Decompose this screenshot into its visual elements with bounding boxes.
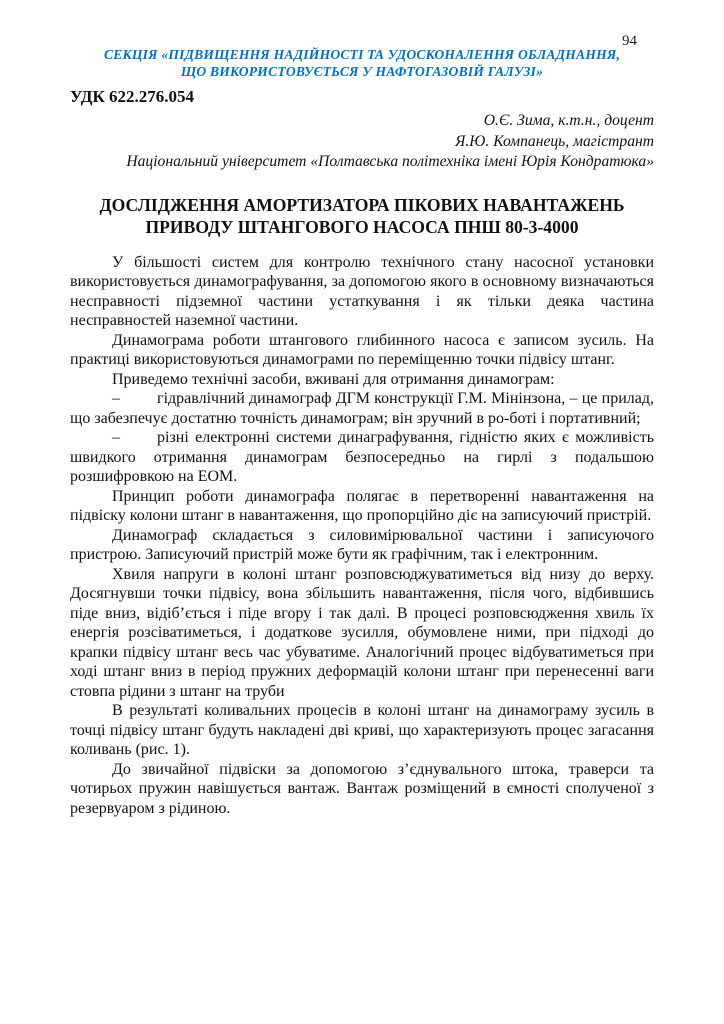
list-marker: – [112,429,120,446]
paragraph: Приведемо технічні засоби, вживані для о… [70,370,654,390]
authors-block: О.Є. Зима, к.т.н., доцент Я.Ю. Компанець… [70,111,654,173]
section-header-line2: ЩО ВИКОРИСТОВУЄТЬСЯ У НАФТОГАЗОВІЙ ГАЛУЗ… [70,63,654,80]
paragraph: У більшості систем для контролю технічно… [70,253,654,331]
author-line: О.Є. Зима, к.т.н., доцент [70,111,654,132]
paper-title: ДОСЛІДЖЕННЯ АМОРТИЗАТОРА ПІКОВИХ НАВАНТА… [70,194,654,238]
list-marker: – [112,390,120,407]
author-line: Я.Ю. Компанець, магістрант [70,132,654,153]
paragraph: Динамограф складається з силовимірювальн… [70,526,654,565]
paper-title-line1: ДОСЛІДЖЕННЯ АМОРТИЗАТОРА ПІКОВИХ НАВАНТА… [70,194,654,216]
section-header-line1: СЕКЦІЯ «ПІДВИЩЕННЯ НАДІЙНОСТІ ТА УДОСКОН… [70,46,654,63]
list-item-text: гідравлічний динамограф ДГМ конструкції … [70,390,654,427]
paragraph: Динамограма роботи штангового глибинного… [70,331,654,370]
document-page: 94 СЕКЦІЯ «ПІДВИЩЕННЯ НАДІЙНОСТІ ТА УДОС… [0,0,724,1024]
list-item: –різні електронні системи динаграфування… [70,428,654,487]
affiliation-line: Національний університет «Полтавська пол… [70,152,654,173]
paragraph: До звичайної підвіски за допомогою з’єдн… [70,760,654,819]
paragraph: В результаті коливальних процесів в коло… [70,701,654,760]
paragraph: Хвиля напруги в колоні штанг розповсюджу… [70,565,654,702]
udc-code: УДК 622.276.054 [70,87,654,106]
paragraph: Принцип роботи динамографа полягає в пер… [70,487,654,526]
list-item: –гідравлічний динамограф ДГМ конструкції… [70,389,654,428]
paper-title-line2: ПРИВОДУ ШТАНГОВОГО НАСОСА ПНШ 80-3-4000 [70,216,654,238]
article-body: У більшості систем для контролю технічно… [70,253,654,819]
page-number: 94 [622,33,637,50]
section-header: СЕКЦІЯ «ПІДВИЩЕННЯ НАДІЙНОСТІ ТА УДОСКОН… [70,46,654,80]
list-item-text: різні електронні системи динаграфування,… [70,429,654,485]
